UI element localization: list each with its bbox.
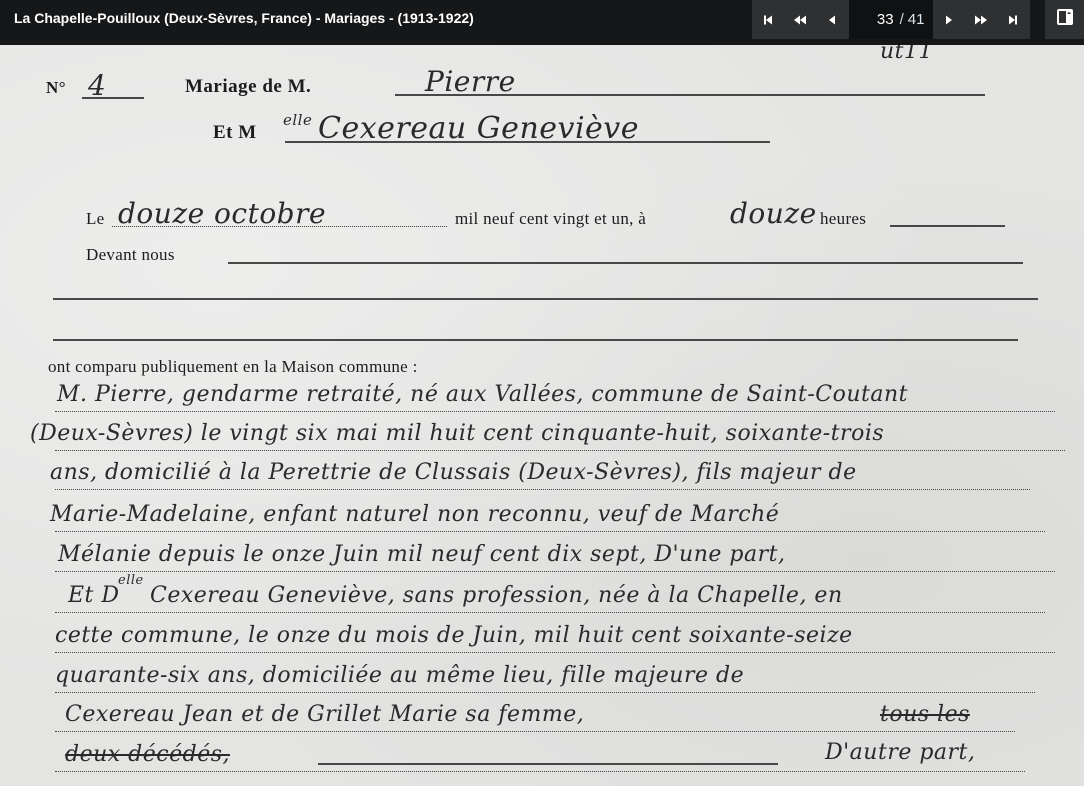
- blank-line-1: [53, 298, 1038, 300]
- page-indicator: / 41: [849, 0, 933, 39]
- handwritten-line-6-sup: elle: [118, 573, 144, 588]
- ruled-line: [55, 692, 1035, 693]
- mariage-label: Mariage de M.: [185, 76, 311, 98]
- handwritten-line-5: Mélanie depuis le onze Juin mil neuf cen…: [58, 542, 785, 567]
- pager-forward-group: [933, 0, 1030, 39]
- fast-forward-icon: [974, 14, 988, 26]
- bride-line: [285, 141, 770, 143]
- groom-line: [395, 94, 985, 96]
- top-toolbar: La Chapelle-Pouilloux (Deux-Sèvres, Fran…: [0, 0, 1084, 45]
- toggle-side-panel-button[interactable]: [1045, 0, 1084, 39]
- date-line: [112, 226, 447, 227]
- previous-page-button[interactable]: [816, 0, 848, 39]
- document-title: La Chapelle-Pouilloux (Deux-Sèvres, Fran…: [14, 10, 474, 26]
- heures-label: heures: [820, 209, 866, 229]
- handwritten-line-4: Marie-Madelaine, enfant naturel non reco…: [50, 502, 779, 527]
- ruled-line: [55, 531, 1045, 532]
- handwritten-line-1: M. Pierre, gendarme retraité, né aux Val…: [57, 382, 908, 407]
- year-text: mil neuf cent vingt et un, à: [455, 209, 646, 229]
- ruled-line: [55, 571, 1055, 572]
- handwritten-line-2: (Deux-Sèvres) le vingt six mai mil huit …: [30, 421, 884, 446]
- handwritten-line-10: deux décédés,: [65, 742, 230, 767]
- total-pages: 41: [908, 11, 925, 28]
- ruled-line: [55, 771, 1025, 772]
- handwritten-line-3: ans, domicilié à la Perettrie de Clussai…: [50, 460, 857, 485]
- devant-line: [228, 262, 1023, 264]
- et-label: Et M: [213, 122, 257, 144]
- page-separator: /: [900, 11, 904, 28]
- ruled-line: [55, 489, 1030, 490]
- fast-forward-button[interactable]: [965, 0, 997, 39]
- previous-page-icon: [827, 14, 837, 26]
- handwritten-line-11: D'autre part,: [825, 740, 975, 765]
- blank-line-2: [53, 339, 1018, 341]
- ruled-line: [55, 411, 1055, 412]
- next-page-icon: [944, 14, 954, 26]
- comparu-label: ont comparu publiquement en la Maison co…: [48, 357, 418, 377]
- handwritten-line-6a: Et D: [68, 583, 120, 608]
- handwritten-line-9: Cexereau Jean et de Grillet Marie sa fem…: [65, 702, 584, 727]
- last-page-icon: [1007, 14, 1019, 26]
- handwritten-line-7: cette commune, le onze du mois de Juin, …: [55, 623, 853, 648]
- side-panel-icon: [1057, 9, 1073, 30]
- rewind-icon: [793, 14, 807, 26]
- first-page-button[interactable]: [752, 0, 784, 39]
- ruled-line: [55, 612, 1045, 613]
- le-label: Le: [86, 209, 105, 229]
- pager-back-group: [752, 0, 849, 39]
- fill-line: [318, 763, 778, 765]
- last-page-button[interactable]: [997, 0, 1029, 39]
- heures-line: [890, 225, 1005, 227]
- corner-annotation: ut11: [880, 45, 933, 64]
- handwritten-line-8: quarante-six ans, domiciliée au même lie…: [55, 663, 744, 688]
- current-page-input[interactable]: [858, 11, 898, 28]
- number-label: N°: [46, 78, 66, 98]
- ruled-line: [55, 652, 1055, 653]
- handwritten-struck-text: tous les: [880, 702, 970, 727]
- ruled-line: [55, 731, 1015, 732]
- document-viewer[interactable]: ut11 N° 4 Mariage de M. Pierre Et M elle…: [0, 45, 1084, 786]
- number-line: [82, 97, 144, 99]
- devant-label: Devant nous: [86, 245, 175, 265]
- handwritten-line-6b: Cexereau Geneviève, sans profession, née…: [150, 583, 843, 608]
- hour-value: douze: [730, 197, 817, 230]
- next-page-button[interactable]: [933, 0, 965, 39]
- first-page-icon: [762, 14, 774, 26]
- rewind-button[interactable]: [784, 0, 816, 39]
- ruled-line: [55, 450, 1065, 451]
- et-superscript: elle: [283, 111, 312, 129]
